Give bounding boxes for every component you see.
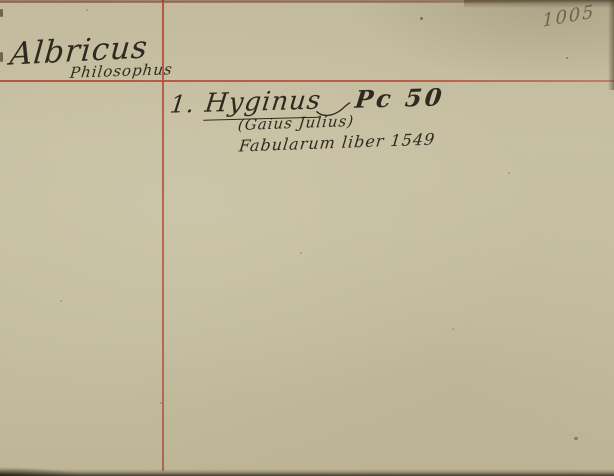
scanned-catalog-card: 1005 Albricus Philosophus 1. Hyginus Pc … — [0, 0, 614, 476]
left-edge-mark — [0, 52, 3, 62]
paper-speck — [452, 328, 454, 330]
paper-speck — [566, 57, 568, 59]
left-edge-mark — [0, 9, 3, 17]
paper-speck — [60, 300, 62, 302]
paper-speck — [508, 172, 510, 174]
card-top-right-edge-shadow — [464, 0, 614, 8]
entry-index: 1. — [169, 90, 197, 119]
heading-qualifier: Philosophus — [69, 60, 174, 82]
card-right-edge-shadow — [608, 0, 614, 90]
index-card-paper: 1005 Albricus Philosophus 1. Hyginus Pc … — [0, 0, 614, 476]
entry-shelfmark: Pc 50 — [354, 82, 447, 113]
paper-speck — [420, 17, 423, 20]
paper-speck — [86, 9, 88, 11]
paper-speck — [574, 437, 578, 440]
paper-speck — [160, 402, 162, 404]
card-bottom-left-corner-shadow — [0, 464, 110, 476]
paper-speck — [300, 252, 302, 254]
